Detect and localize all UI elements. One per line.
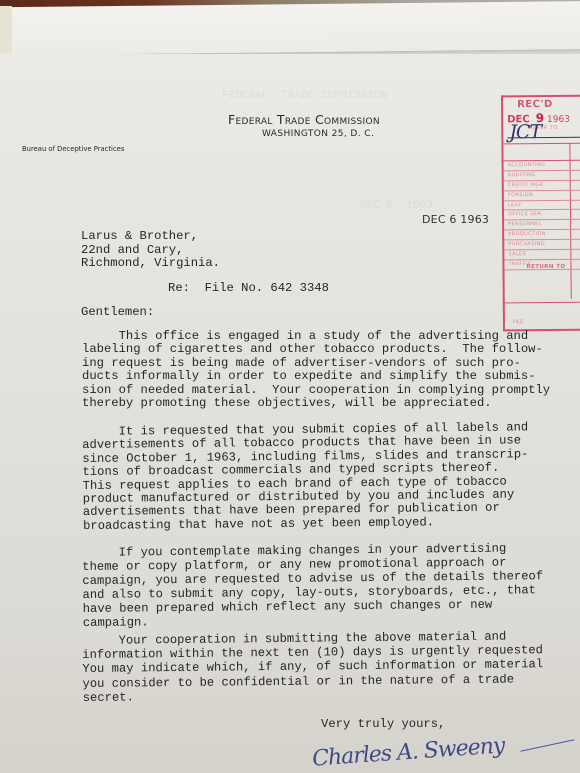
received-stamp: REC'D DEC91963 REFER TO JCT ACCOUNTINGAU… [501, 95, 580, 332]
stamp-department-row: PURCHASING [504, 240, 580, 251]
stamp-underline [507, 137, 580, 139]
stamp-department-row: CREDIT MGR. [504, 180, 580, 191]
bureau-name: Bureau of Deceptive Practices [22, 145, 124, 153]
recipient-address: Larus & Brother, 22nd and Cary, Richmond… [81, 230, 220, 271]
stamp-year: 1963 [547, 115, 570, 125]
body-paragraph-2: It is requested that you submit copies o… [82, 421, 529, 533]
stamp-department-row: ACCOUNTING [504, 161, 580, 172]
stamp-return-label: RETURN TO [526, 264, 565, 270]
stamp-department-row: PRODUCTION [504, 230, 580, 241]
stamp-file-label: FILE [513, 319, 523, 325]
stamp-department-list: ACCOUNTINGAUDITINGCREDIT MGR.FOREIGNLEAF… [504, 161, 580, 271]
stamp-department-row: FOREIGN [504, 190, 580, 201]
paper-edge [0, 6, 12, 56]
closing: Very truly yours, [321, 718, 445, 732]
file-number: File No. 642 3348 [205, 281, 329, 295]
reference-line: Re: File No. 642 3348 [168, 282, 329, 296]
bleed-through-text: FEDERAL TRADE COMMISSION [222, 90, 387, 102]
body-paragraph-3: If you contemplate making changes in you… [82, 541, 544, 630]
underlying-paper-sheet [10, 1, 580, 55]
salutation: Gentlemen: [81, 306, 154, 320]
letter-date: DEC 6 1963 [422, 213, 489, 226]
bleed-through-text: DEC 6 1963 [360, 200, 433, 212]
stamp-department-row: PERSONNEL [504, 220, 580, 231]
stamp-department-row: AUDITING [504, 170, 580, 181]
letterhead-address: WASHINGTON 25, D. C. [262, 129, 374, 139]
stamp-department-row: LEAF [504, 200, 580, 211]
stamp-department-row: SALES [504, 250, 580, 261]
stamp-handwritten-initials: JCT [509, 121, 541, 143]
stamp-divider [505, 302, 580, 304]
letterhead-title: Federal Trade Commission [228, 112, 380, 127]
stamp-department-row: OFFICE SER. [504, 210, 580, 221]
re-label: Re: [168, 281, 190, 295]
body-paragraph-4: Your cooperation in submitting the above… [82, 629, 543, 705]
stamp-received-label: REC'D [517, 99, 553, 110]
body-paragraph-1: This office is engaged in a study of the… [82, 330, 550, 410]
